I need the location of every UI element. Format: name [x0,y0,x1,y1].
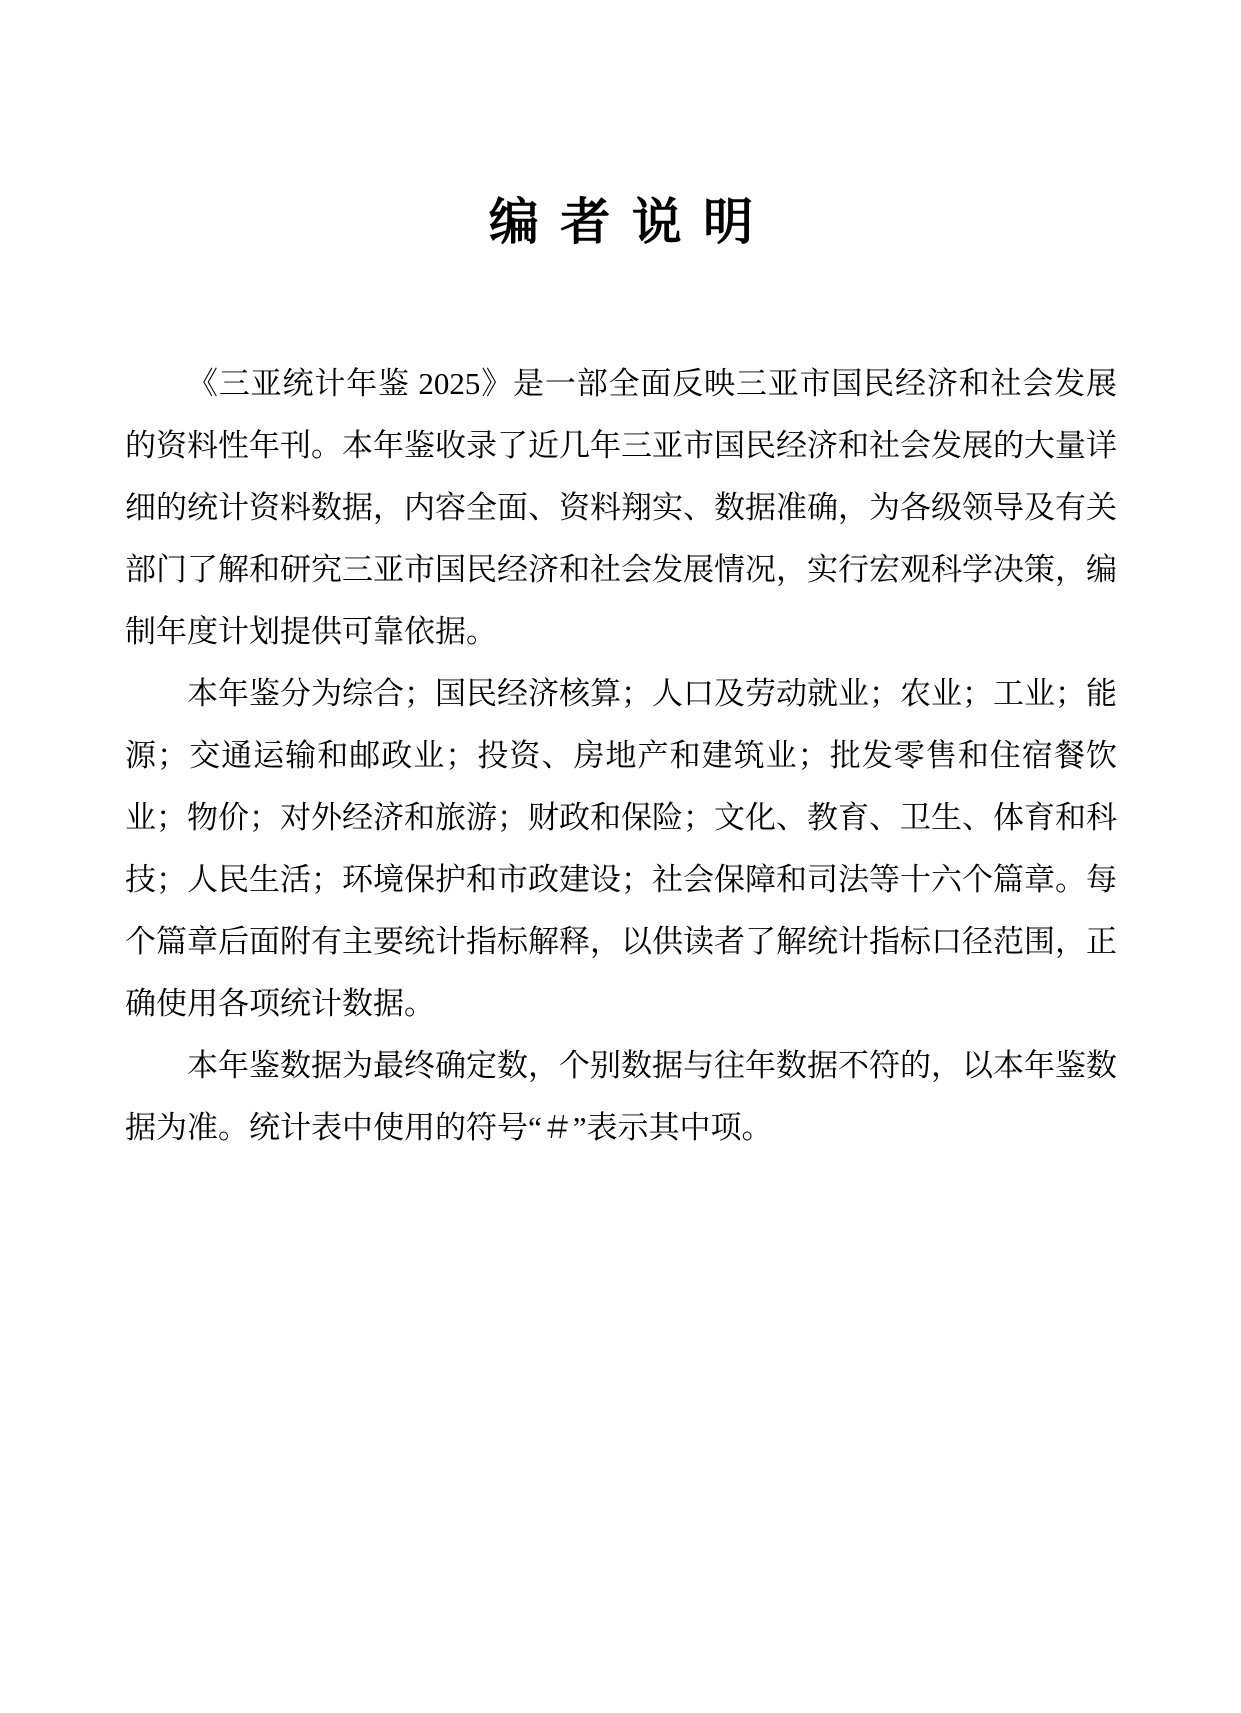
paragraph-yearbook-intro: 《三亚统计年鉴 2025》是一部全面反映三亚市国民经济和社会发展的资料性年刊。本… [125,353,1117,663]
page-title: 编 者 说 明 [125,197,1117,247]
paragraph-data-final-note: 本年鉴数据为最终确定数，个别数据与往年数据不符的，以本年鉴数据为准。统计表中使用… [125,1035,1117,1159]
document-page: 编 者 说 明 《三亚统计年鉴 2025》是一部全面反映三亚市国民经济和社会发展… [0,0,1241,1713]
paragraph-chapter-structure: 本年鉴分为综合；国民经济核算；人口及劳动就业；农业；工业；能源；交通运输和邮政业… [125,663,1117,1035]
document-body: 《三亚统计年鉴 2025》是一部全面反映三亚市国民经济和社会发展的资料性年刊。本… [125,353,1117,1159]
